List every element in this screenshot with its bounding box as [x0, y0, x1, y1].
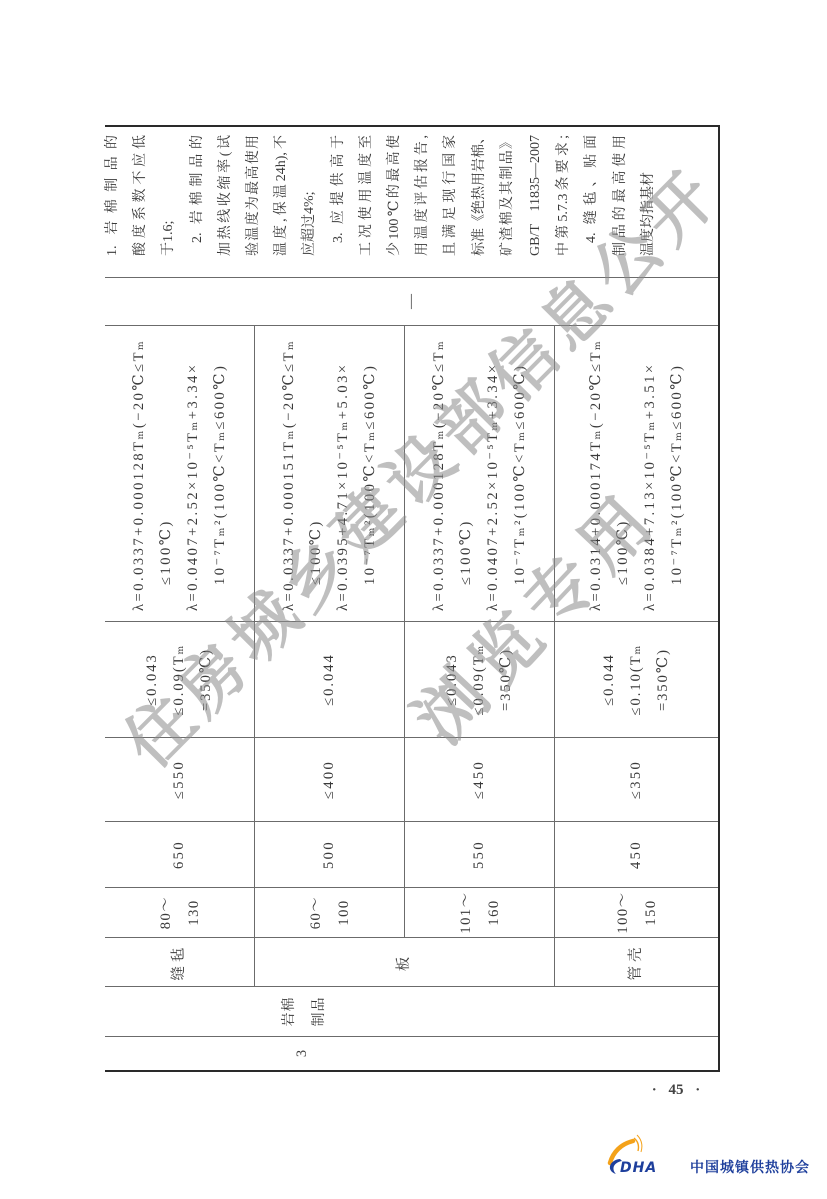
equation-cell: λ=0.0314+0.000174Tₘ(−20℃≤Tₘ ≤100℃) λ=0.0…	[555, 325, 718, 621]
recommended-temp-value: ≤350	[623, 760, 650, 799]
recommended-temp-cell: ≤450	[405, 737, 555, 821]
material-cell: 岩棉 制品	[105, 986, 718, 1036]
equation-line: λ=0.0395+4.71×10⁻⁵Tₘ+5.03×	[330, 326, 357, 611]
conductivity-line: =350℃)	[650, 648, 677, 711]
rock-wool-properties-table: 3 岩棉 制品 缝毡 板 管壳 80～ 130 650 ≤550 ≤0.043	[105, 125, 720, 1072]
seq-cell: 3	[105, 1036, 718, 1070]
conductivity-line: ≤0.09(Tₘ	[466, 644, 493, 716]
density-cell: 60～ 100	[255, 887, 405, 937]
remarks-cell: 1. 岩棉制品的 酸度系数不应低 于1.6; 2. 岩棉制品的 加热线收缩率(试…	[105, 127, 718, 277]
equation-line: 10⁻⁷Tₘ²(100℃<Tₘ≤600℃)	[507, 326, 534, 611]
equation-line: 10⁻⁷Tₘ²(100℃<Tₘ≤600℃)	[664, 326, 691, 611]
equation-line: λ=0.0337+0.000128Tₘ(−20℃≤Tₘ	[126, 326, 153, 611]
max-temp-value: 650	[166, 840, 193, 869]
form-label: 管壳	[623, 944, 650, 981]
equation-cell: λ=0.0337+0.000128Tₘ(−20℃≤Tₘ ≤100℃) λ=0.0…	[105, 325, 255, 621]
remarks-line: 3. 应提供高于	[325, 135, 353, 256]
equation-line: ≤100℃)	[453, 326, 480, 611]
conductivity-line: ≤0.10(Tₘ	[623, 644, 650, 716]
conductivity-line: =350℃)	[493, 648, 520, 711]
recommended-temp-value: ≤550	[166, 760, 193, 799]
conductivity-line: ≤0.09(Tₘ	[166, 644, 193, 716]
remarks-line: 4. 缝毡、贴面	[578, 135, 606, 256]
remarks-line: 温度均指基材	[635, 135, 663, 256]
remarks-line: 中第5.7.3条要求;	[550, 135, 578, 256]
max-temp-value: 500	[316, 840, 343, 869]
equation-line: λ=0.0384+7.13×10⁻⁵Tₘ+3.51×	[637, 326, 664, 611]
conductivity-cell: ≤0.043 ≤0.09(Tₘ =350℃)	[405, 621, 555, 737]
equation-line: ≤100℃)	[153, 326, 180, 611]
equation-line: ≤100℃)	[303, 326, 330, 611]
max-temp-cell: 500	[255, 821, 405, 887]
remarks-line: 验温度为最高使用	[240, 135, 268, 256]
equation-cell: λ=0.0337+0.000128Tₘ(−20℃≤Tₘ ≤100℃) λ=0.0…	[405, 325, 555, 621]
rotated-table-page: 3 岩棉 制品 缝毡 板 管壳 80～ 130 650 ≤550 ≤0.043	[105, 125, 720, 1072]
remarks-line: 用温度评估报告,	[409, 135, 437, 256]
conductivity-line: ≤0.044	[316, 653, 343, 706]
signal-arcs-icon	[610, 1135, 642, 1163]
equation-cell: λ=0.0337+0.000151Tₘ(−20℃≤Tₘ ≤100℃) λ=0.0…	[255, 325, 405, 621]
density-line: 130	[180, 899, 208, 925]
equation-line: 10⁻⁷Tₘ²(100℃<Tₘ≤600℃)	[357, 326, 384, 611]
max-temp-cell: 650	[105, 821, 255, 887]
equation-line: λ=0.0407+2.52×10⁻⁵Tₘ+3.34×	[480, 326, 507, 611]
density-cell: 100～ 150	[555, 887, 718, 937]
conductivity-cell: ≤0.044 ≤0.10(Tₘ =350℃)	[555, 621, 718, 737]
density-line: 101～	[452, 891, 480, 933]
recommended-temp-cell: ≤550	[105, 737, 255, 821]
max-temp-cell: 550	[405, 821, 555, 887]
equation-line: 10⁻⁷Tₘ²(100℃<Tₘ≤600℃)	[207, 326, 234, 611]
conductivity-line: =350℃)	[193, 648, 220, 711]
form-label: 缝毡	[166, 944, 193, 981]
remarks-line: 2. 岩棉制品的	[184, 135, 212, 256]
remarks-line: 制品的最高使用	[607, 135, 635, 256]
form-cell-felt: 缝毡	[105, 937, 255, 986]
density-cell: 101～ 160	[405, 887, 555, 937]
page-number: · 45 ·	[626, 1082, 726, 1099]
conductivity-line: ≤0.043	[139, 653, 166, 706]
recommended-temp-cell: ≤400	[255, 737, 405, 821]
equation-line: λ=0.0314+0.000174Tₘ(−20℃≤Tₘ	[583, 326, 610, 611]
max-temp-value: 550	[466, 840, 493, 869]
density-line: 80～	[152, 896, 180, 930]
other-cell: —	[105, 277, 718, 325]
remarks-line: 应超过4%;	[296, 135, 324, 256]
max-temp-value: 450	[623, 840, 650, 869]
recommended-temp-cell: ≤350	[555, 737, 718, 821]
form-label: 板	[391, 953, 418, 972]
conductivity-line: ≤0.043	[439, 653, 466, 706]
remarks-line: 少100℃的最高使	[381, 135, 409, 256]
recommended-temp-value: ≤400	[316, 760, 343, 799]
density-line: 100～	[609, 891, 637, 933]
remarks-line: 于1.6;	[155, 135, 183, 256]
logo-initials: DHA	[620, 1160, 657, 1176]
material-name-line: 制品	[305, 997, 335, 1027]
remarks-line: 酸度系数不应低	[127, 135, 155, 256]
org-name: 中国城镇供热协会	[690, 1159, 810, 1176]
equation-line: λ=0.0337+0.000151Tₘ(−20℃≤Tₘ	[276, 326, 303, 611]
recommended-temp-value: ≤450	[466, 760, 493, 799]
density-line: 60～	[302, 896, 330, 930]
conductivity-line: ≤0.044	[596, 653, 623, 706]
remarks-line: 工况使用温度至	[353, 135, 381, 256]
seq-number: 3	[291, 1050, 313, 1057]
material-name-line: 岩棉	[275, 997, 305, 1027]
equation-line: λ=0.0407+2.52×10⁻⁵Tₘ+3.34×	[180, 326, 207, 611]
cdha-logo: DHA 中国城镇供热协会	[600, 1130, 820, 1180]
form-cell-board: 板	[255, 937, 555, 986]
form-cell-pipe-shell: 管壳	[555, 937, 718, 986]
equation-line: λ=0.0337+0.000128Tₘ(−20℃≤Tₘ	[426, 326, 453, 611]
max-temp-cell: 450	[555, 821, 718, 887]
remarks-line: 矿渣棉及其制品》	[494, 135, 522, 256]
density-line: 100	[330, 899, 358, 925]
remarks-line: 且满足现行国家	[437, 135, 465, 256]
remarks-line: GB/T 11835—2007	[522, 135, 550, 256]
remarks-line: 1. 岩棉制品的	[99, 135, 127, 256]
conductivity-cell: ≤0.043 ≤0.09(Tₘ =350℃)	[105, 621, 255, 737]
density-line: 160	[480, 899, 508, 925]
empty-dash: —	[398, 294, 425, 309]
density-line: 150	[637, 899, 665, 925]
remarks-line: 加热线收缩率(试	[212, 135, 240, 256]
density-cell: 80～ 130	[105, 887, 255, 937]
remarks-line: 温度,保温24h),不	[268, 135, 296, 256]
equation-line: ≤100℃)	[610, 326, 637, 611]
remarks-line: 标准《绝热用岩棉、	[466, 135, 494, 256]
conductivity-cell: ≤0.044	[255, 621, 405, 737]
